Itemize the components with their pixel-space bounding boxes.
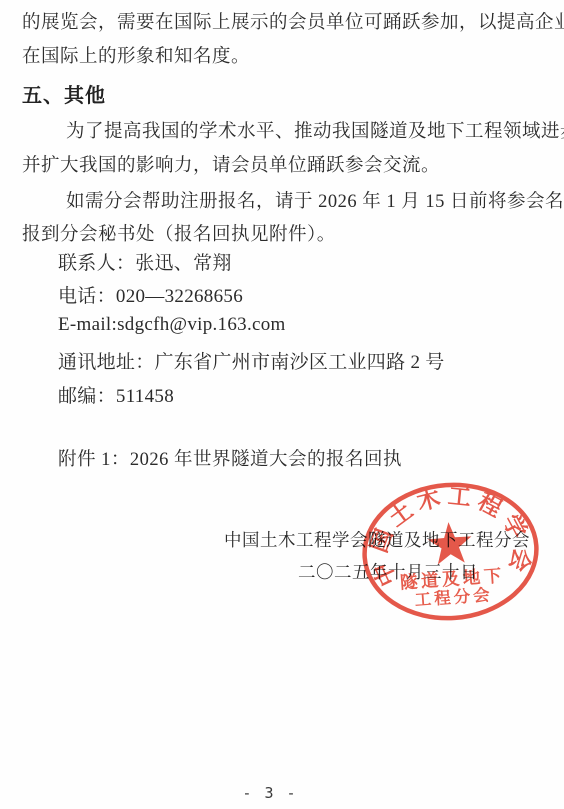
- paragraph-line: 并扩大我国的影响力，请会员单位踊跃参会交流。: [22, 151, 440, 177]
- contact-address-line: 通讯地址：广东省广州市南沙区工业四路 2 号: [58, 347, 445, 374]
- paragraph-line: 为了提高我国的学术水平、推动我国隧道及地下工程领域进步: [66, 117, 564, 143]
- paragraph-line: 报到分会秘书处（报名回执见附件）。: [22, 220, 336, 246]
- attachment-line: 附件 1：2026 年世界隧道大会的报名回执: [58, 445, 402, 471]
- contact-phone-line: 电话：020—32268656: [58, 281, 243, 308]
- contact-postcode-line: 邮编：511458: [58, 381, 174, 408]
- section-heading: 五、其他: [22, 79, 106, 108]
- signature-org: 中国土木工程学会隧道及地下工程分会: [224, 527, 530, 552]
- document-page: 的展览会，需要在国际上展示的会员单位可踊跃参加，以提高企业 在国际上的形象和知名…: [0, 0, 564, 809]
- body-line: 在国际上的形象和知名度。: [22, 42, 250, 68]
- signature-date: 二〇二五年十月三十日: [298, 559, 478, 584]
- contact-email-line: E-mail:sdgcfh@vip.163.com: [58, 314, 286, 336]
- seal-inner-text-line2: 工程分会: [414, 584, 493, 609]
- body-line: 的展览会，需要在国际上展示的会员单位可踊跃参加，以提高企业: [22, 8, 564, 34]
- paragraph-line: 如需分会帮助注册报名，请于 2026 年 1 月 15 日前将参会名单: [66, 187, 564, 213]
- contact-person-line: 联系人：张迅、常翔: [58, 248, 232, 275]
- page-number: - 3 -: [0, 784, 540, 802]
